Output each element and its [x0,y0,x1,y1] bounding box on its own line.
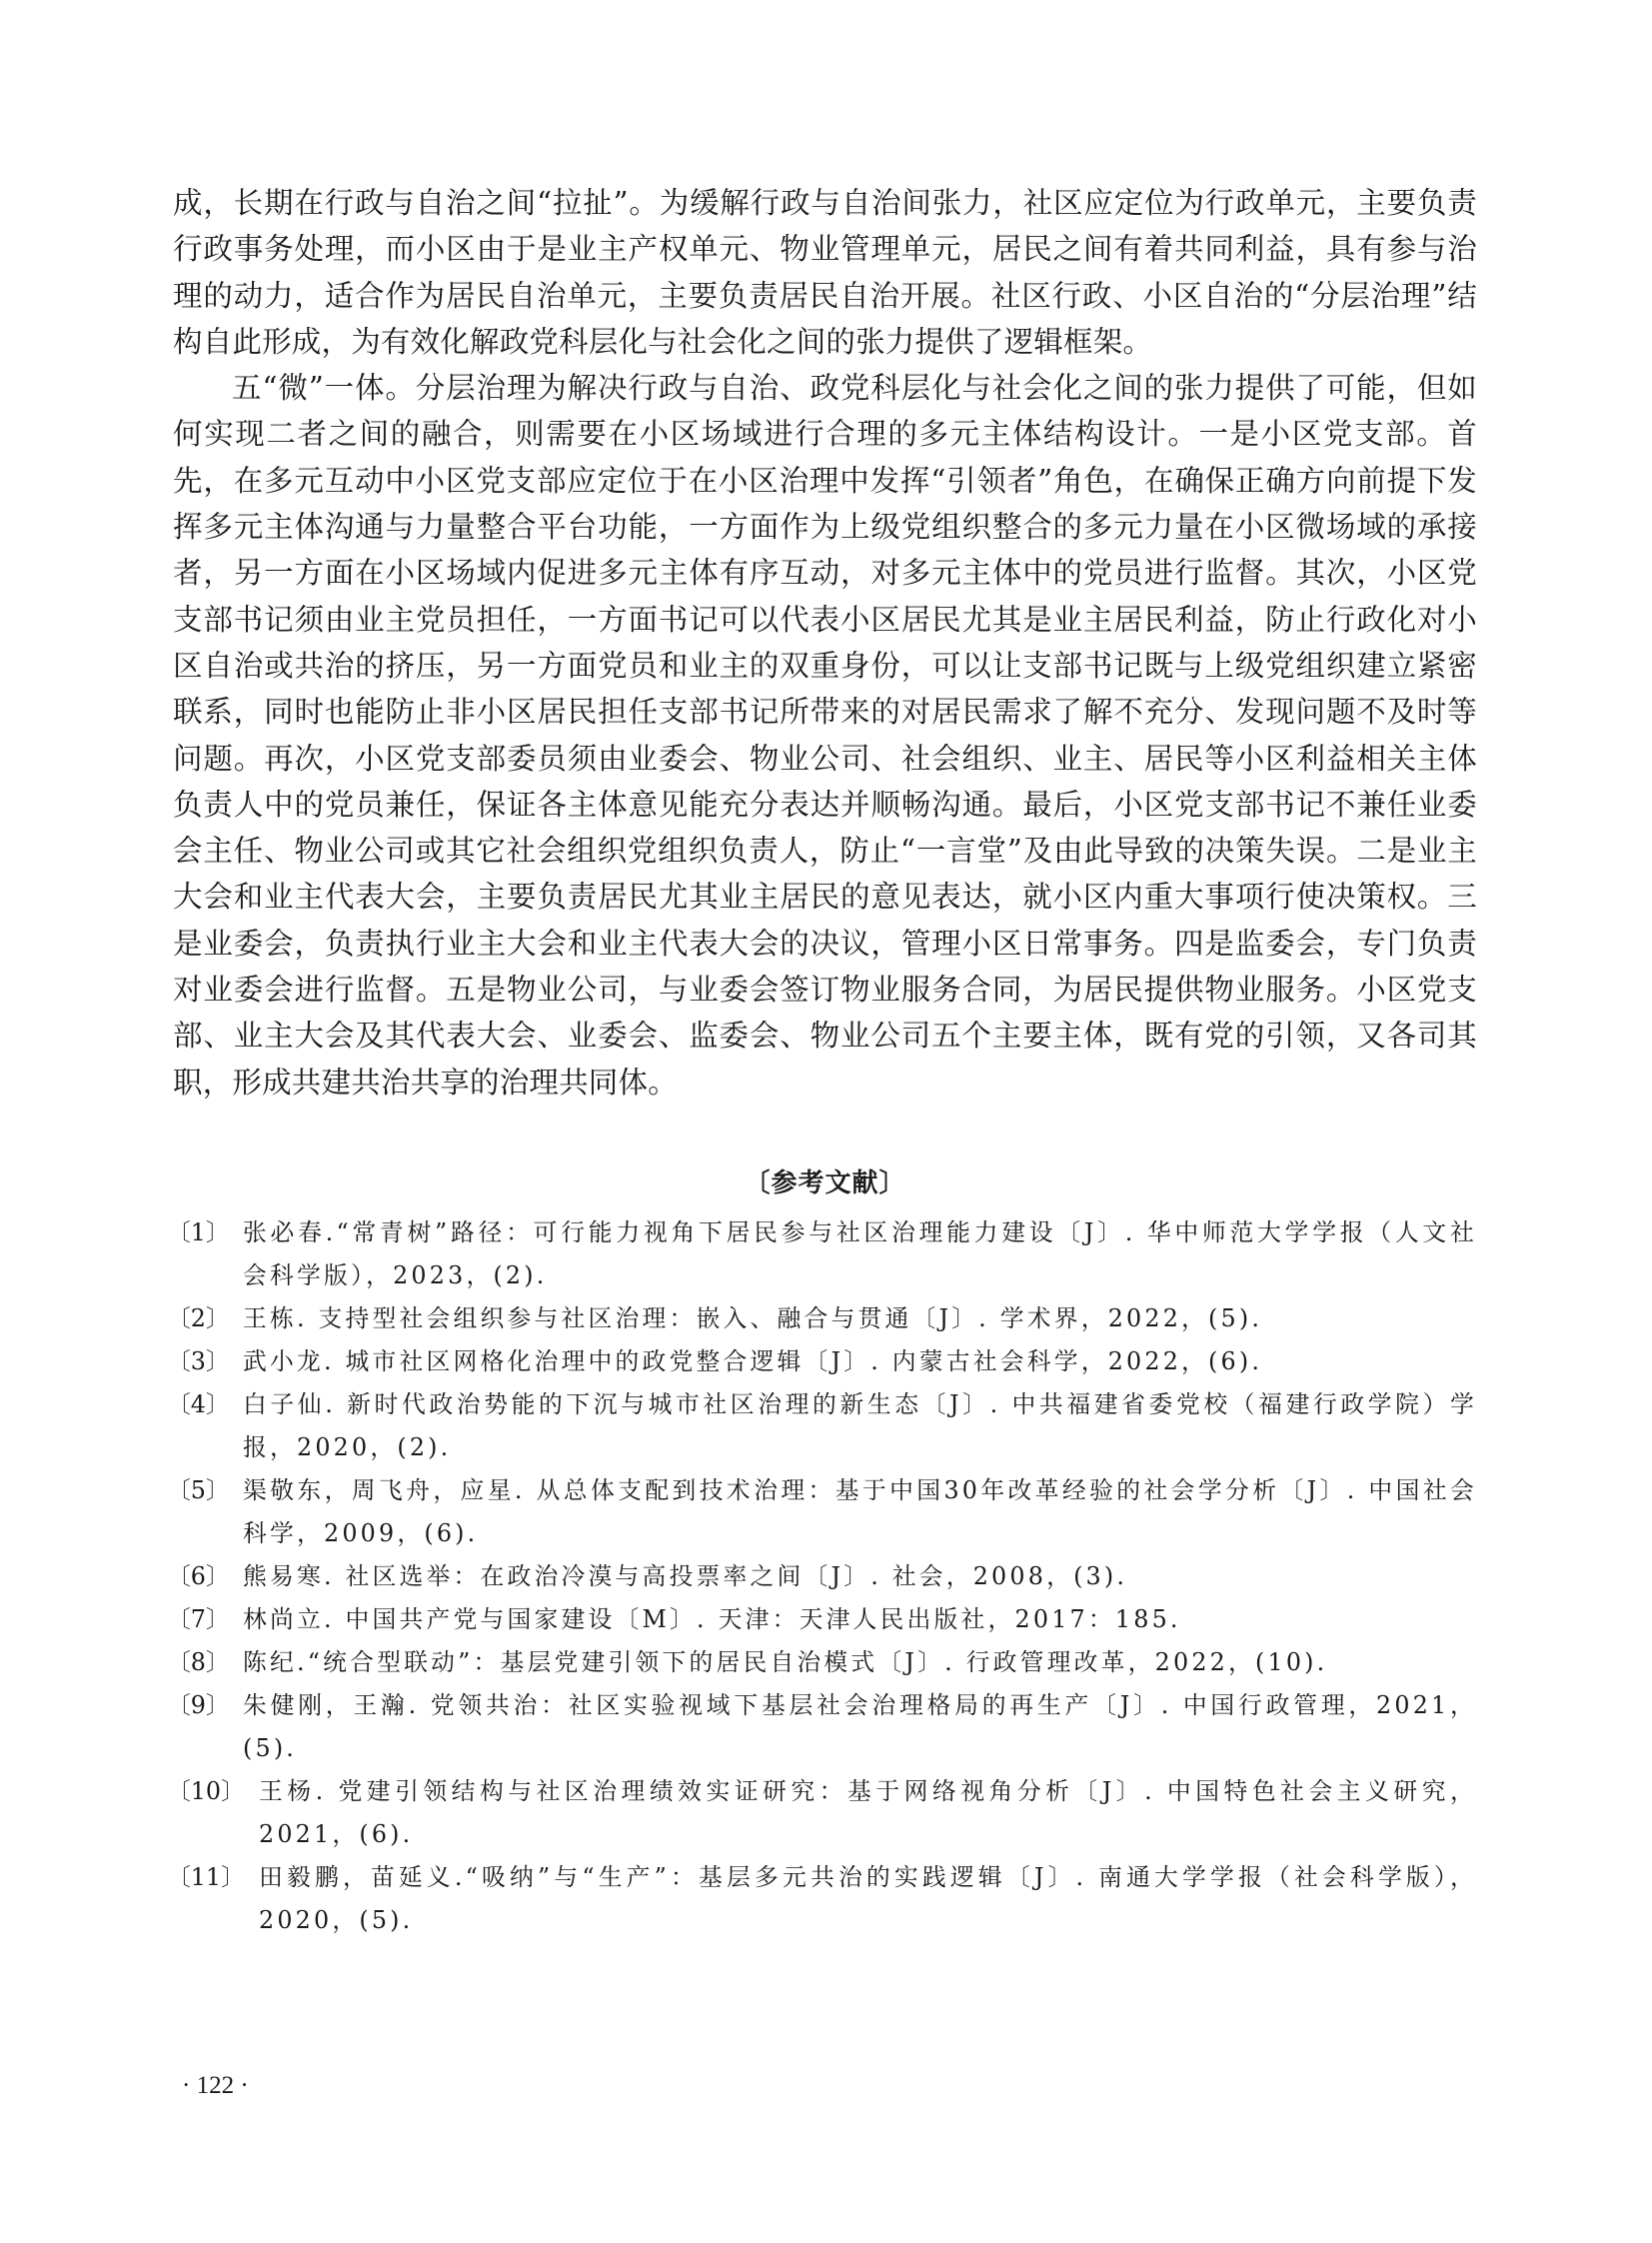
reference-item: 〔3〕 武小龙. 城市社区网格化治理中的政党整合逻辑〔J〕. 内蒙古社会科学，2… [173,1340,1477,1383]
reference-number: 〔10〕 [167,1770,245,1813]
reference-item: 〔7〕 林尚立. 中国共产党与国家建设〔M〕. 天津：天津人民出版社，2017：… [173,1598,1477,1641]
reference-number: 〔8〕 [167,1641,230,1684]
reference-item: 〔4〕 白子仙. 新时代政治势能的下沉与城市社区治理的新生态〔J〕. 中共福建省… [173,1383,1477,1469]
reference-text: 陈纪.“统合型联动”：基层党建引领下的居民自治模式〔J〕. 行政管理改革，202… [243,1641,1477,1684]
page-content: 成，长期在行政与自治之间“拉扯”。为缓解行政与自治间张力，社区应定位为行政单元，… [173,180,1477,1942]
reference-number: 〔11〕 [167,1856,245,1899]
reference-text: 王栋. 支持型社会组织参与社区治理：嵌入、融合与贯通〔J〕. 学术界，2022，… [243,1297,1477,1340]
reference-number: 〔4〕 [167,1383,230,1426]
reference-number: 〔1〕 [167,1211,230,1254]
reference-item: 〔11〕 田毅鹏，苗延义.“吸纳”与“生产”：基层多元共治的实践逻辑〔J〕. 南… [173,1856,1477,1942]
reference-number: 〔2〕 [167,1297,230,1340]
reference-text: 朱健刚，王瀚. 党领共治：社区实验视域下基层社会治理格局的再生产〔J〕. 中国行… [243,1684,1477,1770]
reference-number: 〔5〕 [167,1469,230,1512]
reference-item: 〔6〕 熊易寒. 社区选举：在政治冷漠与高投票率之间〔J〕. 社会，2008，(… [173,1555,1477,1598]
references-list: 〔1〕 张必春.“常青树”路径：可行能力视角下居民参与社区治理能力建设〔J〕. … [173,1211,1477,1942]
reference-number: 〔6〕 [167,1555,230,1598]
reference-item: 〔2〕 王栋. 支持型社会组织参与社区治理：嵌入、融合与贯通〔J〕. 学术界，2… [173,1297,1477,1340]
reference-number: 〔3〕 [167,1340,230,1383]
reference-item: 〔5〕 渠敬东，周飞舟，应星. 从总体支配到技术治理：基于中国30年改革经验的社… [173,1469,1477,1555]
reference-item: 〔9〕 朱健刚，王瀚. 党领共治：社区实验视域下基层社会治理格局的再生产〔J〕.… [173,1684,1477,1770]
reference-item: 〔8〕 陈纪.“统合型联动”：基层党建引领下的居民自治模式〔J〕. 行政管理改革… [173,1641,1477,1684]
reference-item: 〔1〕 张必春.“常青树”路径：可行能力视角下居民参与社区治理能力建设〔J〕. … [173,1211,1477,1297]
reference-item: 〔10〕 王杨. 党建引领结构与社区治理绩效实证研究：基于网络视角分析〔J〕. … [173,1770,1477,1856]
reference-text: 熊易寒. 社区选举：在政治冷漠与高投票率之间〔J〕. 社会，2008，(3). [243,1555,1477,1598]
reference-text: 田毅鹏，苗延义.“吸纳”与“生产”：基层多元共治的实践逻辑〔J〕. 南通大学学报… [259,1856,1477,1942]
body-text: 成，长期在行政与自治之间“拉扯”。为缓解行政与自治间张力，社区应定位为行政单元，… [173,180,1477,1106]
page-number: · 122 · [182,2072,249,2100]
reference-text: 白子仙. 新时代政治势能的下沉与城市社区治理的新生态〔J〕. 中共福建省委党校（… [243,1383,1477,1469]
reference-text: 林尚立. 中国共产党与国家建设〔M〕. 天津：天津人民出版社，2017：185. [243,1598,1477,1641]
reference-number: 〔9〕 [167,1684,230,1727]
references-heading: 〔参考文献〕 [173,1163,1477,1203]
paragraph: 成，长期在行政与自治之间“拉扯”。为缓解行政与自治间张力，社区应定位为行政单元，… [173,180,1477,365]
reference-text: 王杨. 党建引领结构与社区治理绩效实证研究：基于网络视角分析〔J〕. 中国特色社… [259,1770,1477,1856]
reference-text: 武小龙. 城市社区网格化治理中的政党整合逻辑〔J〕. 内蒙古社会科学，2022，… [243,1340,1477,1383]
reference-text: 渠敬东，周飞舟，应星. 从总体支配到技术治理：基于中国30年改革经验的社会学分析… [243,1469,1477,1555]
reference-text: 张必春.“常青树”路径：可行能力视角下居民参与社区治理能力建设〔J〕. 华中师范… [243,1211,1477,1297]
paragraph: 五“微”一体。分层治理为解决行政与自治、政党科层化与社会化之间的张力提供了可能，… [173,365,1477,1106]
reference-number: 〔7〕 [167,1598,230,1641]
